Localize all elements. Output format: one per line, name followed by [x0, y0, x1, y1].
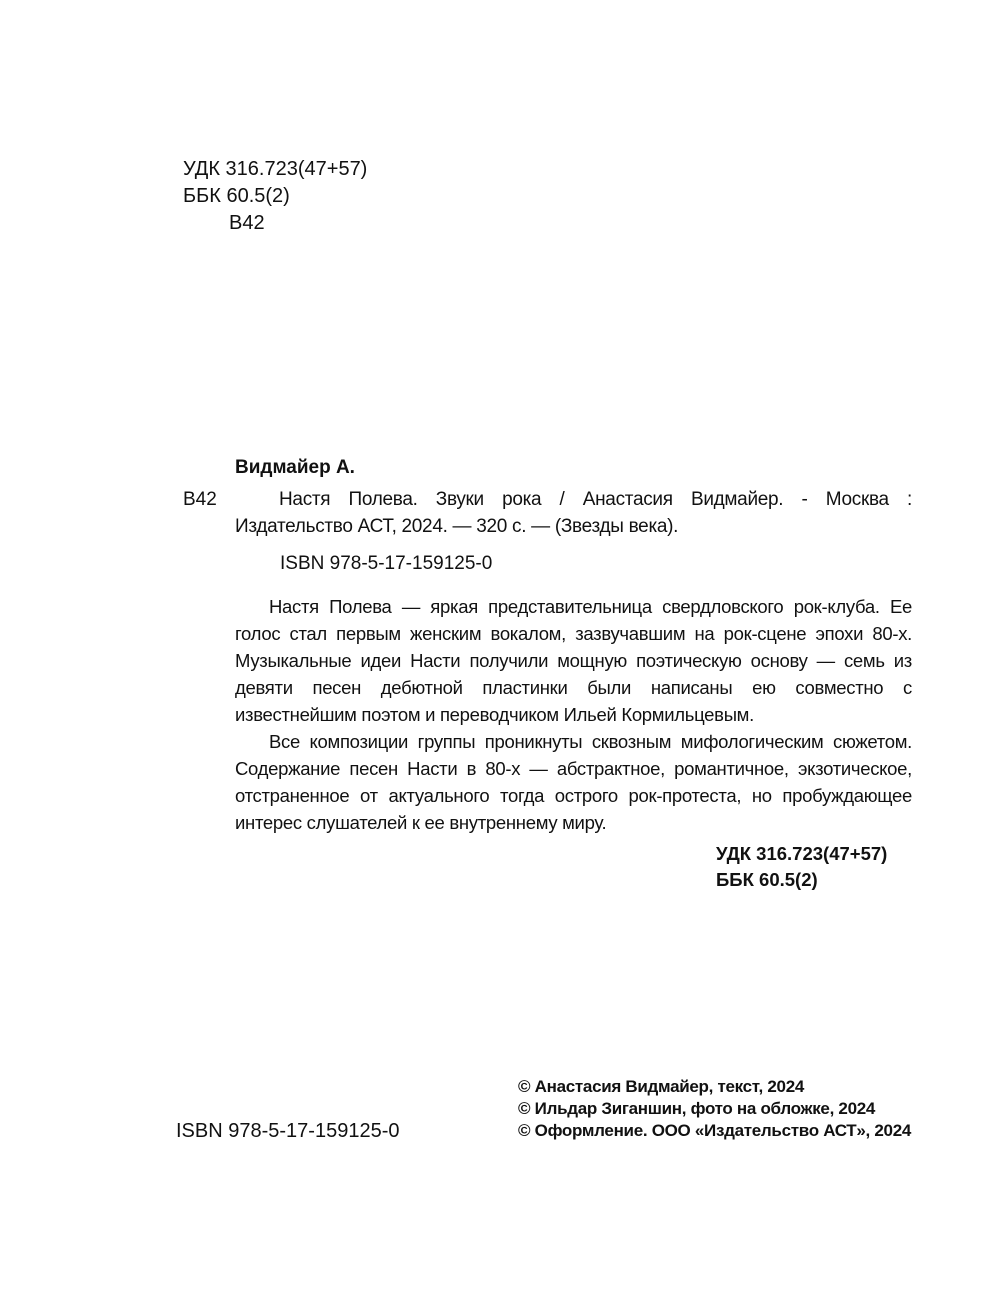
isbn-footer: ISBN 978-5-17-159125-0 [176, 1120, 399, 1143]
annotation: Настя Полева — яркая представительница с… [235, 593, 912, 836]
copyright-text: © Анастасия Видмайер, текст, 2024 [518, 1076, 911, 1098]
isbn-catalog: ISBN 978-5-17-159125-0 [280, 553, 492, 575]
bbk-code: ББК 60.5(2) [183, 183, 367, 210]
udk-code: УДК 316.723(47+57) [183, 156, 367, 183]
author-sign: В42 [183, 210, 367, 237]
classification-codes-card: УДК 316.723(47+57) ББК 60.5(2) [716, 841, 887, 893]
classification-codes-header: УДК 316.723(47+57) ББК 60.5(2) В42 [183, 156, 367, 237]
bbk-code-bold: ББК 60.5(2) [716, 867, 887, 893]
publisher-line: Издательство АСТ, 2024. — 320 с. — (Звез… [235, 513, 912, 540]
copyright-photo: © Ильдар Зиганшин, фото на обложке, 2024 [518, 1098, 911, 1120]
title-line: Настя Полева. Звуки рока / Анастасия Вид… [235, 486, 912, 513]
annotation-paragraph: Настя Полева — яркая представительница с… [235, 593, 912, 728]
copyright-block: © Анастасия Видмайер, текст, 2024 © Ильд… [518, 1076, 911, 1142]
author-heading: Видмайер А. [235, 457, 355, 479]
catalog-author-sign: В42 [183, 486, 217, 513]
udk-code-bold: УДК 316.723(47+57) [716, 841, 887, 867]
copyright-design: © Оформление. ООО «Издательство АСТ», 20… [518, 1120, 911, 1142]
annotation-paragraph: Все композиции группы проникнуты сквозны… [235, 728, 912, 836]
bibliographic-description: Настя Полева. Звуки рока / Анастасия Вид… [235, 486, 912, 540]
